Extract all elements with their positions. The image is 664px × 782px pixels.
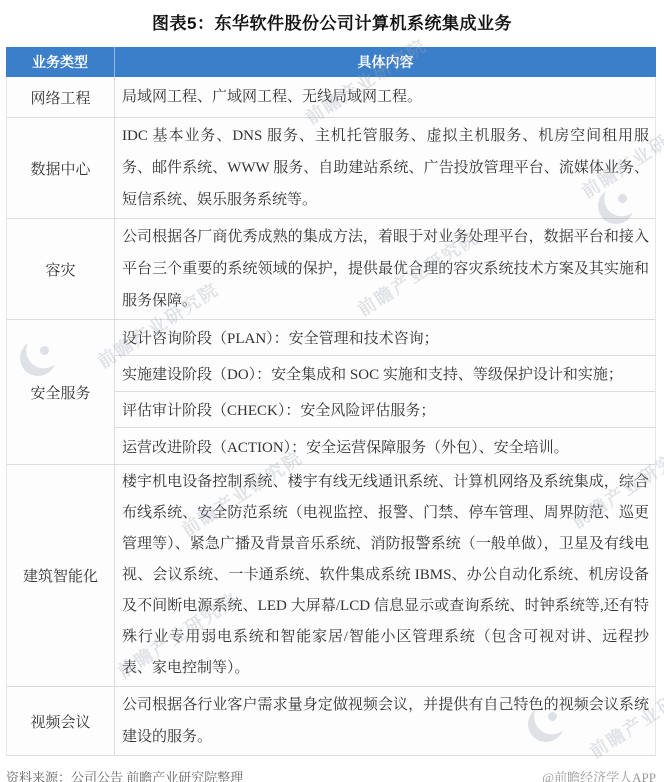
content-text: 楼宇机电设备控制系统、楼宇有线无线通讯系统、计算机网络及系统集成，综合布线系统、… bbox=[115, 465, 655, 686]
content-text: 实施建设阶段（DO）：安全集成和 SOC 实施和支持、等级保护设计和实施； bbox=[115, 356, 655, 392]
table-row-network: 网络工程 局域网工程、广域网工程、无线局域网工程。 bbox=[7, 77, 655, 118]
row-type-label: 建筑智能化 bbox=[7, 465, 115, 686]
row-content-cell: 公司根据各厂商优秀成熟的集成方法，着眼于对业务处理平台，数据平台和接入平台三个重… bbox=[115, 219, 655, 319]
content-text: IDC 基本业务、DNS 服务、主机托管服务、虚拟主机服务、机房空间租用服务、邮… bbox=[115, 118, 655, 218]
figure-page: 前瞻产业研究院 前瞻产业研究院 前瞻产业研究院 前瞻产业研究院 前瞻产业研究院 … bbox=[0, 0, 664, 782]
business-table: 业务类型 具体内容 网络工程 局域网工程、广域网工程、无线局域网工程。 数据中心… bbox=[6, 47, 656, 756]
row-content-cell: 公司根据各行业客户需求量身定做视频会议，并提供有自己特色的视频会议系统建设的服务… bbox=[115, 687, 655, 755]
row-type-label: 视频会议 bbox=[7, 687, 115, 755]
content-text: 评估审计阶段（CHECK）：安全风险评估服务； bbox=[115, 392, 655, 428]
header-detail-content: 具体内容 bbox=[115, 47, 656, 77]
table-row-security-service: 安全服务 设计咨询阶段（PLAN）：安全管理和技术咨询； 实施建设阶段（DO）：… bbox=[7, 320, 655, 465]
content-text: 公司根据各行业客户需求量身定做视频会议，并提供有自己特色的视频会议系统建设的服务… bbox=[115, 687, 655, 755]
figure-footer: 资料来源：公司公告 前瞻产业研究院整理 @前瞻经济学人APP bbox=[6, 767, 656, 782]
row-content-cell: IDC 基本业务、DNS 服务、主机托管服务、虚拟主机服务、机房空间租用服务、邮… bbox=[115, 118, 655, 218]
content-text: 公司根据各厂商优秀成熟的集成方法，着眼于对业务处理平台，数据平台和接入平台三个重… bbox=[115, 219, 655, 319]
row-type-label: 容灾 bbox=[7, 219, 115, 319]
row-content-cell: 设计咨询阶段（PLAN）：安全管理和技术咨询； 实施建设阶段（DO）：安全集成和… bbox=[115, 320, 655, 464]
row-type-label: 网络工程 bbox=[7, 77, 115, 117]
content-text: 局域网工程、广域网工程、无线局域网工程。 bbox=[115, 79, 655, 115]
table-row-datacenter: 数据中心 IDC 基本业务、DNS 服务、主机托管服务、虚拟主机服务、机房空间租… bbox=[7, 118, 655, 219]
table-row-video-conference: 视频会议 公司根据各行业客户需求量身定做视频会议，并提供有自己特色的视频会议系统… bbox=[7, 687, 655, 756]
content-text: 运营改进阶段（ACTION）：安全运营保障服务（外包）、安全培训。 bbox=[115, 428, 655, 464]
table-body: 网络工程 局域网工程、广域网工程、无线局域网工程。 数据中心 IDC 基本业务、… bbox=[6, 77, 656, 756]
row-content-cell: 局域网工程、广域网工程、无线局域网工程。 bbox=[115, 77, 655, 117]
figure-title: 图表5：东华软件股份公司计算机系统集成业务 bbox=[0, 0, 664, 34]
credit-note: @前瞻经济学人APP bbox=[542, 767, 656, 782]
table-header-row: 业务类型 具体内容 bbox=[6, 47, 656, 77]
table-row-disaster-recovery: 容灾 公司根据各厂商优秀成熟的集成方法，着眼于对业务处理平台，数据平台和接入平台… bbox=[7, 219, 655, 320]
source-note: 资料来源：公司公告 前瞻产业研究院整理 bbox=[6, 767, 243, 782]
row-content-cell: 楼宇机电设备控制系统、楼宇有线无线通讯系统、计算机网络及系统集成，综合布线系统、… bbox=[115, 465, 655, 686]
content-text: 设计咨询阶段（PLAN）：安全管理和技术咨询； bbox=[115, 320, 655, 356]
row-type-label: 数据中心 bbox=[7, 118, 115, 218]
header-business-type: 业务类型 bbox=[6, 47, 115, 77]
row-type-label: 安全服务 bbox=[7, 320, 115, 464]
table-row-building-intelligence: 建筑智能化 楼宇机电设备控制系统、楼宇有线无线通讯系统、计算机网络及系统集成，综… bbox=[7, 465, 655, 687]
